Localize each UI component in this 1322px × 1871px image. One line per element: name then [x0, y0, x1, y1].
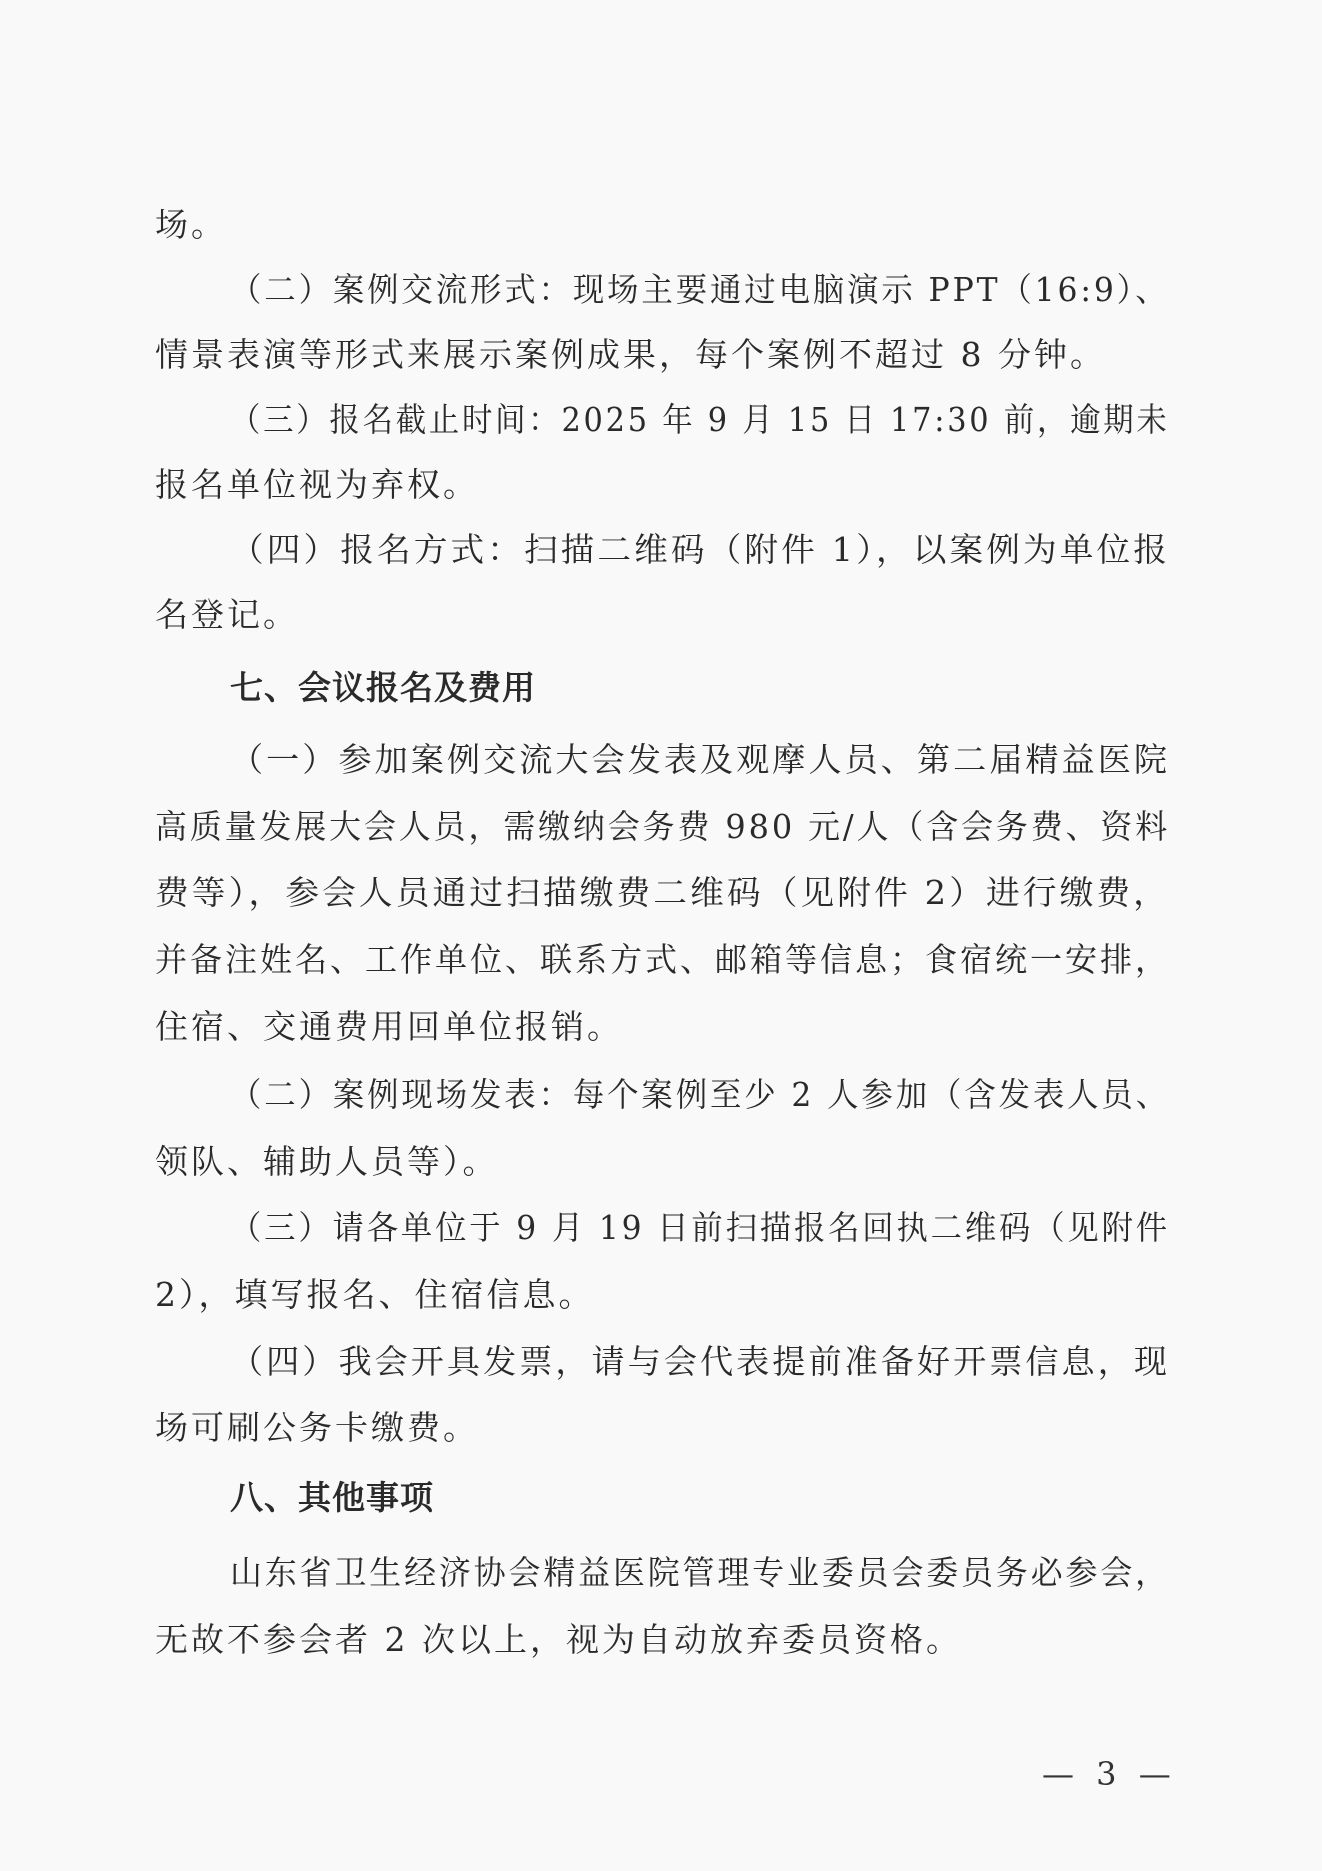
- paragraph-line: （二）案例现场发表：每个案例至少 2 人参加（含发表人员、: [230, 1075, 1170, 1115]
- paragraph-line: （四）报名方式：扫描二维码（附件 1），以案例为单位报: [230, 530, 1170, 570]
- paragraph-line: 报名单位视为弃权。: [155, 465, 479, 505]
- paragraph-line: （四）我会开具发票，请与会代表提前准备好开票信息，现: [230, 1342, 1170, 1382]
- paragraph-line: （一）参加案例交流大会发表及观摩人员、第二届精益医院: [230, 740, 1170, 780]
- paragraph-line: （二）案例交流形式：现场主要通过电脑演示 PPT（16:9）、: [230, 270, 1170, 310]
- paragraph-line: 名登记。: [155, 595, 299, 635]
- paragraph-line: 费等），参会人员通过扫描缴费二维码（见附件 2）进行缴费，: [155, 873, 1170, 913]
- paragraph-line: 情景表演等形式来展示案例成果，每个案例不超过 8 分钟。: [155, 335, 1106, 375]
- paragraph-line: 无故不参会者 2 次以上，视为自动放弃委员资格。: [155, 1620, 962, 1660]
- paragraph-line: 高质量发展大会人员，需缴纳会务费 980 元/人（含会务费、资料: [155, 807, 1170, 847]
- paragraph-line: 场可刷公务卡缴费。: [155, 1408, 479, 1448]
- paragraph-line: 场。: [155, 205, 227, 245]
- section-heading: 七、会议报名及费用: [230, 668, 536, 708]
- page-number: — 3 —: [1042, 1755, 1177, 1793]
- paragraph-line: 住宿、交通费用回单位报销。: [155, 1007, 623, 1047]
- paragraph-line: 山东省卫生经济协会精益医院管理专业委员会委员务必参会，: [230, 1553, 1170, 1593]
- section-heading: 八、其他事项: [230, 1478, 434, 1518]
- paragraph-line: 领队、辅助人员等）。: [155, 1142, 499, 1182]
- paragraph-line: （三）报名截止时间：2025 年 9 月 15 日 17:30 前，逾期未: [230, 400, 1170, 440]
- paragraph-line: 并备注姓名、工作单位、联系方式、邮箱等信息；食宿统一安排，: [155, 940, 1170, 980]
- paragraph-line: 2），填写报名、住宿信息。: [155, 1275, 595, 1315]
- paragraph-line: （三）请各单位于 9 月 19 日前扫描报名回执二维码（见附件: [230, 1208, 1170, 1248]
